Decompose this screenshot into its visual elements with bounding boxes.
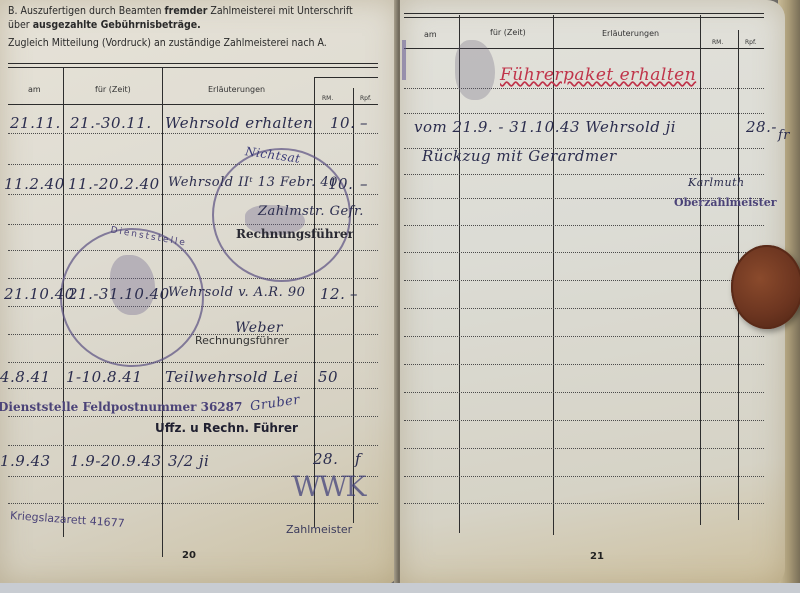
rechnungsfuehrer-stamp: Rechnungsführer [195,334,289,347]
row-rule [404,308,764,309]
row-rule [404,476,764,477]
entry-text: vom 21.9. - 31.10.43 Wehrsold ji [414,118,676,136]
instr-bold: ausgezahlte Gebührnisbeträge. [33,19,201,31]
entry-rpf: fr [778,128,790,143]
row-rule [404,336,764,337]
entry-text: Teilwehrsold Lei [165,368,298,386]
entry-rpf: – [360,114,368,132]
entry-rm: 10. [330,114,355,132]
instr-text: über [8,19,33,31]
signature-large: WWK [292,470,364,503]
row-rule [404,503,764,504]
entry-rpf: – [360,175,368,193]
col-header-zeit: für (Zeit) [490,28,526,37]
col-header-rpf: Rpf. [745,39,757,46]
row-rule [404,448,764,449]
entry-rm: 50 [318,368,338,386]
row-rule [404,280,764,281]
row-rule [404,113,764,114]
table-top-rule-2 [404,17,764,18]
row-rule [8,362,378,363]
row-rule [8,133,378,134]
col-header-rm: RM. [322,95,333,102]
col-header-am: am [424,30,437,39]
col-header-am: am [28,85,41,94]
entry-text: Rückzug mit Gerardmer [422,147,617,165]
row-rule [404,174,764,175]
col-header-erlaeuterungen: Erläuterungen [208,85,265,94]
entry-rpf: f [355,450,361,468]
signature: Zahlmstr. Gefr. [258,204,364,219]
entry-period: 1.9-20.9.43 [70,452,162,470]
row-rule [8,503,378,504]
signature: Karlmuth [688,176,745,189]
entry-period: 11.-20.2.40 [68,175,160,193]
zahlmeister-stamp: Zahlmeister [286,523,352,536]
uffz-stamp: Uffz. u Rechn. Führer [155,421,298,435]
row-rule [404,225,764,226]
col-header-rpf: Rpf. [360,95,372,102]
soldbuch-spread: B. Auszufertigen durch Beamten fremder Z… [0,0,800,593]
instructions-block: B. Auszufertigen durch Beamten fremder Z… [8,4,393,50]
surface-below [0,583,800,593]
red-note: Führerpaket erhalten [500,65,696,85]
row-rule [404,392,764,393]
row-rule [404,420,764,421]
entry-date: 1.9.43 [0,452,51,470]
entry-rm: 28.- [746,118,777,136]
col-divider [553,15,554,535]
entry-text: Wehrsold IIᵗ 13 Febr. 40 [168,175,338,190]
row-rule [8,388,378,389]
row-rule [8,416,378,417]
feldpost-stamp: Dienststelle Feldpostnummer 36287 [0,400,242,414]
page-number: 21 [590,551,604,562]
col-header-rm: RM. [712,39,723,46]
entry-date: 21.10.40 [4,285,75,303]
entry-period: 21.-31.10.40 [68,285,170,303]
oberzahlmeister-stamp: Oberzahlmeister [674,196,777,209]
entry-period: 1-10.8.41 [66,368,142,386]
entry-rm: 10. [328,175,353,193]
entry-text: 3/2 ji [168,452,209,470]
instr-text: Zahlmeisterei mit Unterschrift [207,5,352,17]
entry-date: 4.8.41 [0,368,51,386]
entry-date: 11.2.40 [4,175,65,193]
entry-text: Wehrsold erhalten [165,114,313,132]
entry-rpf: – [350,285,358,303]
page-number: 20 [182,550,196,561]
stamp-fragment [402,40,406,80]
row-rule [404,252,764,253]
instr-text: B. Auszufertigen durch Beamten [8,5,165,17]
entry-text: Wehrsold v. A.R. 90 [168,285,305,300]
instr-bold: fremder [165,5,208,17]
entry-date: 21.11. [10,114,61,132]
table-top-rule [8,63,378,64]
entry-rm: 12. [320,285,345,303]
row-rule [8,445,378,446]
entry-period: 21.-30.11. [70,114,152,132]
instr-line3: Zugleich Mitteilung (Vordruck) an zustän… [8,36,393,50]
rechnungsfuehrer-stamp: Rechnungsführer [236,227,354,241]
table-top-rule [404,13,764,14]
rm-header-rule [314,77,378,78]
col-header-erlaeuterungen: Erläuterungen [602,29,659,38]
entry-rm: 28. [313,450,338,468]
row-rule [404,364,764,365]
coin-object [731,245,800,329]
col-header-zeit: für (Zeit) [95,85,131,94]
